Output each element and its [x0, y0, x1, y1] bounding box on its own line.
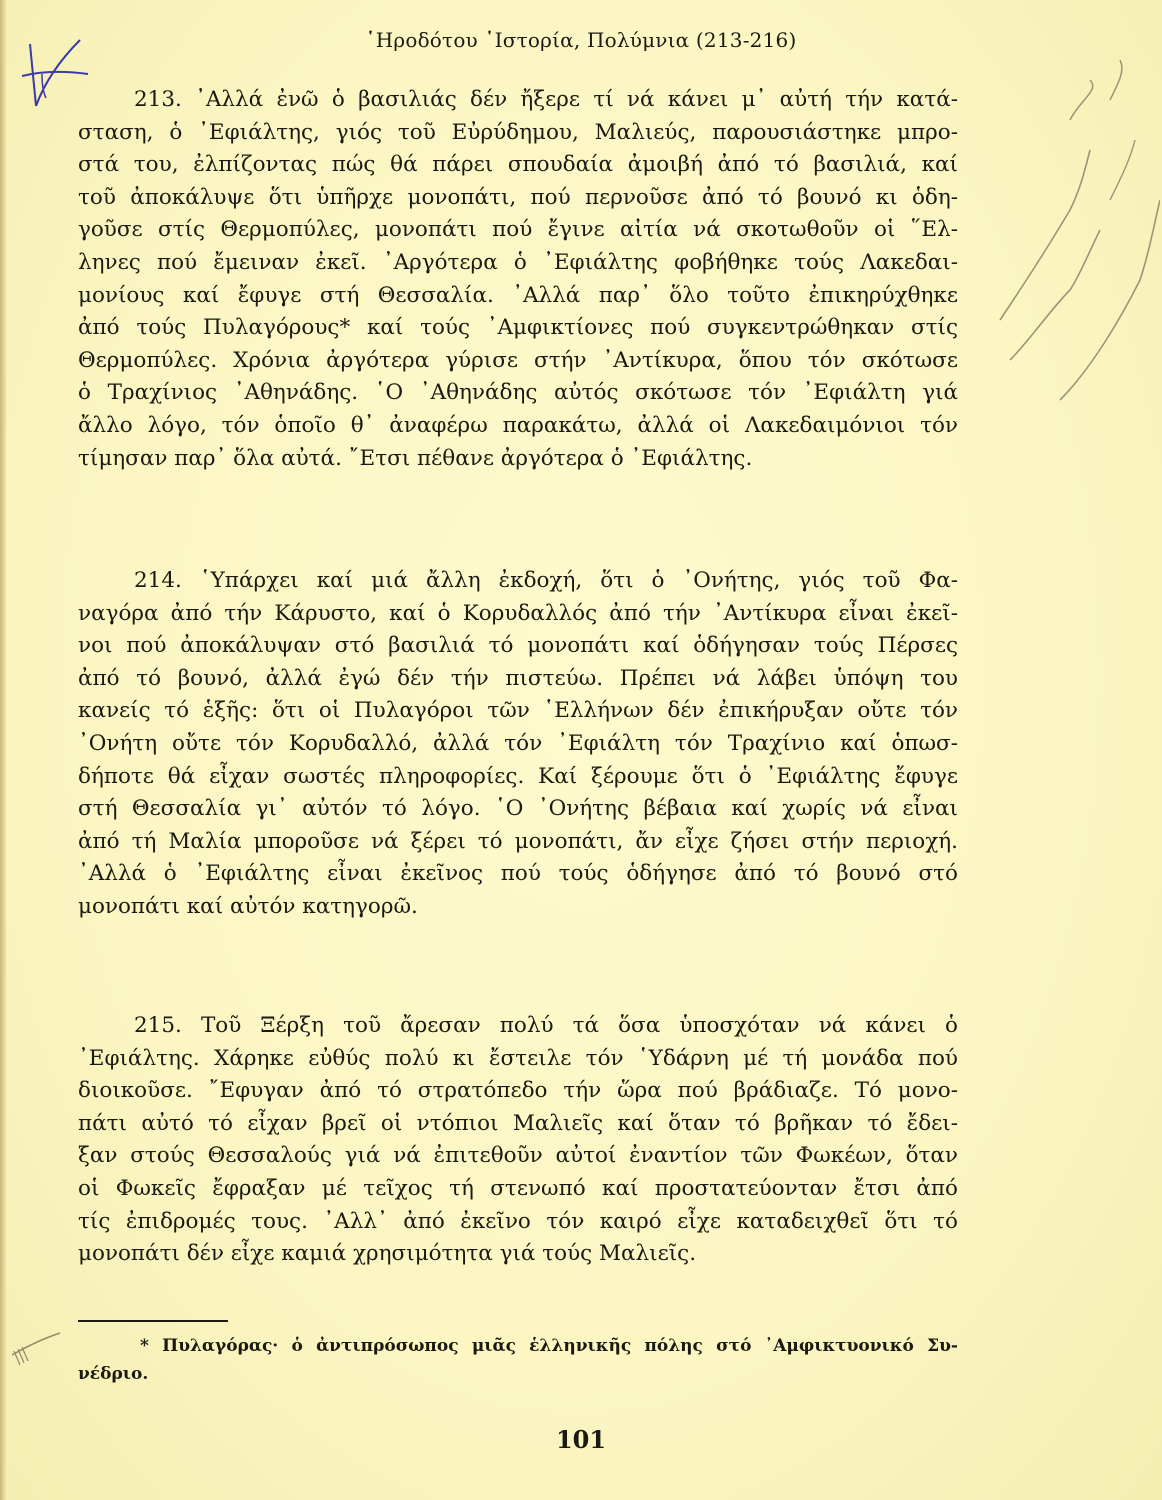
page-number: 101 [0, 1425, 1162, 1454]
text-line: ἄλλο λόγο, τόν ὁποῖο θ᾿ ἀναφέρω παρακάτω… [78, 410, 958, 443]
footnote-divider [78, 1320, 228, 1322]
text-line: 214. ῾Υπάρχει καί μιά ἄλλη ἐκδοχή, ὅτι ὁ… [78, 565, 958, 598]
text-line: ναγόρα ἀπό τήν Κάρυστο, καί ὁ Κορυδαλλός… [78, 598, 958, 631]
text-line: ἀπό τό βουνό, ἀλλά ἐγώ δέν τήν πιστεύω. … [78, 663, 958, 696]
footnote-line: * Πυλαγόρας· ὁ ἀντιπρόσωπος μιᾶς ἑλληνικ… [78, 1332, 958, 1360]
text-line: 213. ᾿Αλλά ἐνῶ ὁ βασιλιάς δέν ἤξερε τί ν… [78, 84, 958, 117]
running-header: ῾Ηροδότου ῾Ιστορία, Πολύμνια (213-216) [0, 28, 1162, 52]
footnote-line: νέδριο. [78, 1360, 958, 1388]
text-line: κανείς τό ἑξῆς: ὅτι οἱ Πυλαγόροι τῶν ῾Ελ… [78, 695, 958, 728]
text-line: ληνες πού ἔμειναν ἐκεῖ. ᾿Αργότερα ὁ ᾿Εφι… [78, 247, 958, 280]
text-line: πάτι αὐτό τό εἶχαν βρεῖ οἱ ντόπιοι Μαλιε… [78, 1108, 958, 1141]
text-line: μονοπάτι δέν εἶχε καμιά χρησιμότητα γιά … [78, 1238, 958, 1271]
paragraph-214: 214. ῾Υπάρχει καί μιά ἄλλη ἐκδοχή, ὅτι ὁ… [78, 565, 958, 924]
text-line: ἀπό τή Μαλία μποροῦσε νά ξέρει τό μονοπά… [78, 826, 958, 859]
text-line: τοῦ ἀποκάλυψε ὅτι ὑπῆρχε μονοπάτι, πού π… [78, 182, 958, 215]
text-line: γοῦσε στίς Θερμοπύλες, μονοπάτι πού ἔγιν… [78, 214, 958, 247]
text-line: δήποτε θά εἶχαν σωστές πληροφορίες. Καί … [78, 761, 958, 794]
paragraph-213: 213. ᾿Αλλά ἐνῶ ὁ βασιλιάς δέν ἤξερε τί ν… [78, 84, 958, 475]
text-line: ᾿Εφιάλτης. Χάρηκε εὐθύς πολύ κι ἔστειλε … [78, 1043, 958, 1076]
text-line: διοικοῦσε. ῎Εφυγαν ἀπό τό στρατόπεδο τήν… [78, 1075, 958, 1108]
paragraph-215: 215. Τοῦ Ξέρξη τοῦ ἄρεσαν πολύ τά ὅσα ὑπ… [78, 1010, 958, 1271]
text-line: 215. Τοῦ Ξέρξη τοῦ ἄρεσαν πολύ τά ὅσα ὑπ… [78, 1010, 958, 1043]
text-line: σταση, ὁ ᾿Εφιάλτης, γιός τοῦ Εὐρύδημου, … [78, 117, 958, 150]
text-line: στά του, ἐλπίζοντας πώς θά πάρει σπουδαί… [78, 149, 958, 182]
footnote: * Πυλαγόρας· ὁ ἀντιπρόσωπος μιᾶς ἑλληνικ… [78, 1332, 958, 1388]
text-line: τίς ἐπιδρομές τους. ᾿Αλλ᾿ ἀπό ἐκεῖνο τόν… [78, 1206, 958, 1239]
text-line: οἱ Φωκεῖς ἔφραξαν μέ τεῖχος τή στενωπό κ… [78, 1173, 958, 1206]
text-line: ἀπό τούς Πυλαγόρους* καί τούς ᾿Αμφικτίον… [78, 312, 958, 345]
text-line: νοι πού ἀποκάλυψαν στό βασιλιά τό μονοπά… [78, 630, 958, 663]
text-line: ξαν στούς Θεσσαλούς γιά νά ἐπιτεθοῦν αὐτ… [78, 1140, 958, 1173]
text-line: στή Θεσσαλία γι᾿ αὐτόν τό λόγο. ῾Ο ᾿Ονήτ… [78, 793, 958, 826]
page-binding-edge [0, 0, 6, 1500]
text-line: ὁ Τραχίνιος ᾿Αθηνάδης. ῾Ο ᾿Αθηνάδης αὐτό… [78, 377, 958, 410]
text-line: μονίους καί ἔφυγε στή Θεσσαλία. ᾿Αλλά πα… [78, 280, 958, 313]
text-line: τίμησαν παρ᾿ ὅλα αὐτά. ῎Ετσι πέθανε ἀργό… [78, 443, 958, 476]
text-line: ᾿Αλλά ὁ ᾿Εφιάλτης εἶναι ἐκεῖνος πού τούς… [78, 858, 958, 891]
text-line: Θερμοπύλες. Χρόνια ἀργότερα γύρισε στήν … [78, 345, 958, 378]
text-line: ᾿Ονήτη οὔτε τόν Κορυδαλλό, ἀλλά τόν ᾿Εφι… [78, 728, 958, 761]
text-line: μονοπάτι καί αὐτόν κατηγορῶ. [78, 891, 958, 924]
